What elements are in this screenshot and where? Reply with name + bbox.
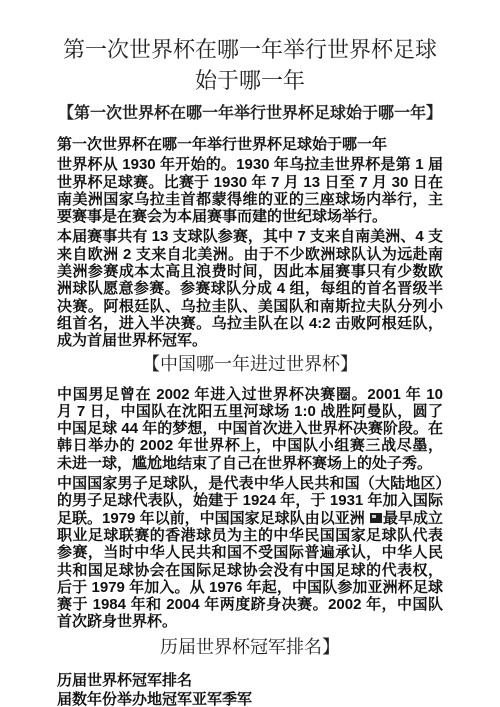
broken-image-icon xyxy=(370,513,382,523)
section-2-paragraph-1: 中国男足曾在 2002 年进入过世界杯决赛圈。2001 年 10 月 7 日，中… xyxy=(57,386,443,472)
section-2-paragraph-2-text-after: 最早成立职业足球联赛的香港球员为主的中华民国国家足球队代表参赛，当时中华人民共和… xyxy=(57,510,443,631)
document-page: 第一次世界杯在哪一年举行世界杯足球 始于哪一年 【第一次世界杯在哪一年举行世界杯… xyxy=(0,0,500,707)
section-2-body: 中国男足曾在 2002 年进入过世界杯决赛圈。2001 年 10 月 7 日，中… xyxy=(57,386,443,631)
section-1-body: 第一次世界杯在哪一年举行世界杯足球始于哪一年 世界杯从 1930 年开始的。19… xyxy=(57,136,443,350)
section-2-bracket-heading: 【中国哪一年进过世界杯】 xyxy=(57,353,443,375)
ranking-table-header-row: 届数年份举办地冠军亚军季军 xyxy=(57,691,443,707)
ranking-table-title: 历届世界杯冠军排名 xyxy=(57,672,443,689)
section-1-paragraph-2: 本届赛事共有 13 支球队参赛，其中 7 支来自南美洲、4 支来自欧洲 2 支来… xyxy=(57,228,443,349)
section-2-paragraph-2: 中国国家男子足球队，是代表中华人民共和国（大陆地区）的男子足球代表队，始建于 1… xyxy=(57,475,443,631)
page-title: 第一次世界杯在哪一年举行世界杯足球 始于哪一年 xyxy=(57,34,443,96)
page-title-line-2: 始于哪一年 xyxy=(57,65,443,96)
section-3-body: 历届世界杯冠军排名 届数年份举办地冠军亚军季军 xyxy=(57,672,443,707)
section-1-lead-line: 第一次世界杯在哪一年举行世界杯足球始于哪一年 xyxy=(57,136,443,153)
page-title-line-1: 第一次世界杯在哪一年举行世界杯足球 xyxy=(57,34,443,65)
section-1-bracket-heading: 【第一次世界杯在哪一年举行世界杯足球始于哪一年】 xyxy=(57,103,443,125)
section-1-paragraph-1: 世界杯从 1930 年开始的。1930 年乌拉圭世界杯是第 1 届世界杯足球赛。… xyxy=(57,156,443,225)
section-3-bracket-heading: 历届世界杯冠军排名】 xyxy=(57,636,443,658)
